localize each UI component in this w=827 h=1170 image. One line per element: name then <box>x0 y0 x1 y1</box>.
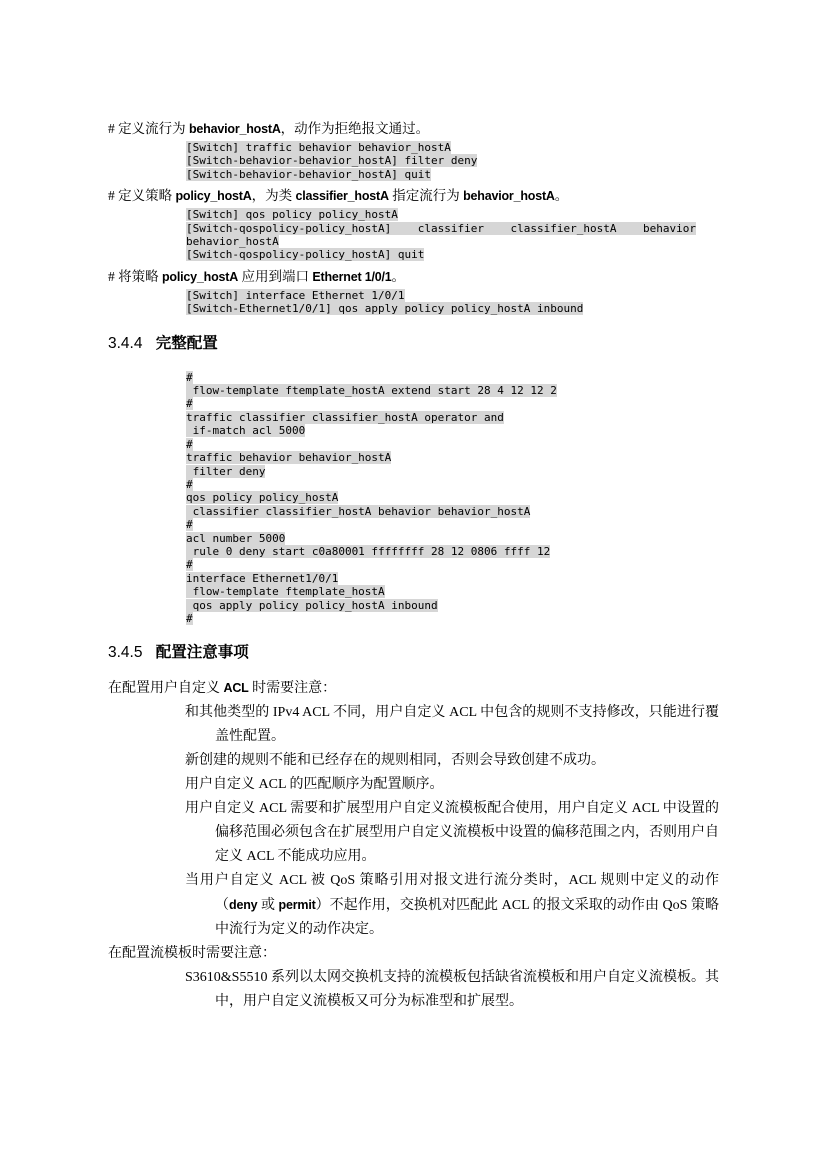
bold-term: behavior_hostA <box>189 122 281 136</box>
code-line: qos policy policy_hostA <box>186 491 719 504</box>
code-line: filter deny <box>186 465 719 478</box>
code-line-text: [Switch] interface Ethernet 1/0/1 <box>186 289 405 302</box>
bold-term: ACL <box>224 681 249 695</box>
note-item: 当用户自定义 ACL 被 QoS 策略引用对报文进行流分类时，ACL 规则中定义… <box>108 869 719 942</box>
note-item: 新创建的规则不能和已经存在的规则相同，否则会导致创建不成功。 <box>108 749 719 773</box>
code-line: qos apply policy policy_hostA inbound <box>186 599 719 612</box>
code-line-text: # <box>186 438 193 451</box>
step-paragraph-1: # 定义流行为 behavior_hostA，动作为拒绝报文通过。 <box>108 120 719 138</box>
code-line: [Switch-behavior-behavior_hostA] filter … <box>186 154 719 167</box>
text-run: 。 <box>555 188 569 203</box>
text-run: # 定义流行为 <box>108 121 189 136</box>
code-line: if-match acl 5000 <box>186 424 719 437</box>
code-line-text: # <box>186 518 193 531</box>
full-config-code-block: # flow-template ftemplate_hostA extend s… <box>186 371 719 626</box>
text-run: S3610&S5510 系列以太网交换机支持的流模板包括缺省流模板和用户自定义流… <box>185 970 719 1009</box>
code-line-text: # <box>186 558 193 571</box>
code-line: [Switch] traffic behavior behavior_hostA <box>186 141 719 154</box>
code-line-text: qos apply policy policy_hostA inbound <box>186 599 438 612</box>
note-item: 和其他类型的 IPv4 ACL 不同，用户自定义 ACL 中包含的规则不支持修改… <box>108 701 719 749</box>
text-run: ，动作为拒绝报文通过。 <box>281 121 430 136</box>
code-line-text: # <box>186 612 193 625</box>
code-line: [Switch-qospolicy-policy_hostA] quit <box>186 248 719 261</box>
text-run: 用户自定义 ACL 需要和扩展型用户自定义流模板配合使用，用户自定义 ACL 中… <box>185 801 719 864</box>
note-item: 用户自定义 ACL 的匹配顺序为配置顺序。 <box>108 773 719 797</box>
code-line: acl number 5000 <box>186 532 719 545</box>
step-code-block-3: [Switch] interface Ethernet 1/0/1[Switch… <box>186 289 719 316</box>
code-line: # <box>186 558 719 571</box>
code-line: interface Ethernet1/0/1 <box>186 572 719 585</box>
code-line-text: if-match acl 5000 <box>186 424 305 437</box>
bold-term: permit <box>279 898 316 912</box>
code-line-text: [Switch] qos policy policy_hostA <box>186 208 398 221</box>
code-line: rule 0 deny start c0a80001 ffffffff 28 1… <box>186 545 719 558</box>
text-run: 用户自定义 ACL 的匹配顺序为配置顺序。 <box>185 777 443 792</box>
code-line-text: filter deny <box>186 465 265 478</box>
section-number: 3.4.4 <box>108 335 142 352</box>
section-title: 配置注意事项 <box>156 644 249 661</box>
code-line: [Switch] qos policy policy_hostA <box>186 208 719 221</box>
text-run: 应用到端口 <box>238 269 312 284</box>
code-line: # <box>186 438 719 451</box>
section-title: 完整配置 <box>156 335 218 352</box>
code-line-text: [Switch-behavior-behavior_hostA] quit <box>186 168 431 181</box>
text-run: 时需要注意： <box>249 681 337 696</box>
step-code-block-2: [Switch] qos policy policy_hostA[Switch-… <box>186 208 719 262</box>
code-line: traffic behavior behavior_hostA <box>186 451 719 464</box>
code-line-text: [Switch-behavior-behavior_hostA] filter … <box>186 154 477 167</box>
bold-term: policy_hostA <box>176 189 252 203</box>
code-line-text: # <box>186 478 193 491</box>
section-number: 3.4.5 <box>108 644 142 661</box>
step-paragraph-2: # 定义策略 policy_hostA，为类 classifier_hostA … <box>108 187 719 205</box>
code-line-text: classifier classifier_hostA behavior beh… <box>186 505 530 518</box>
text-run: ，为类 <box>252 188 296 203</box>
code-line-text: acl number 5000 <box>186 532 285 545</box>
code-line-text: qos policy policy_hostA <box>186 491 338 504</box>
code-line: # <box>186 518 719 531</box>
step-paragraph-3: # 将策略 policy_hostA 应用到端口 Ethernet 1/0/1。 <box>108 268 719 286</box>
text-run: 新创建的规则不能和已经存在的规则相同，否则会导致创建不成功。 <box>185 753 605 768</box>
code-line-text: traffic classifier classifier_hostA oper… <box>186 411 504 424</box>
code-line: flow-template ftemplate_hostA extend sta… <box>186 384 719 397</box>
code-line-text: [Switch-Ethernet1/0/1] qos apply policy … <box>186 302 583 315</box>
code-line: # <box>186 478 719 491</box>
code-line: traffic classifier classifier_hostA oper… <box>186 411 719 424</box>
code-line: [Switch-behavior-behavior_hostA] quit <box>186 168 719 181</box>
text-run: 在配置用户自定义 <box>108 681 224 696</box>
code-line: [Switch-qospolicy-policy_hostA] classifi… <box>186 222 719 235</box>
config-notes: 在配置用户自定义 ACL 时需要注意：和其他类型的 IPv4 ACL 不同，用户… <box>108 676 719 1014</box>
code-line: flow-template ftemplate_hostA <box>186 585 719 598</box>
code-line-text: [Switch-qospolicy-policy_hostA] classifi… <box>186 222 696 235</box>
bold-term: classifier_hostA <box>295 189 388 203</box>
bold-term: behavior_hostA <box>463 189 555 203</box>
text-run: # 将策略 <box>108 269 162 284</box>
text-run: 或 <box>257 898 278 913</box>
code-line-text: # <box>186 371 193 384</box>
code-line: [Switch-Ethernet1/0/1] qos apply policy … <box>186 302 719 315</box>
code-line-text: interface Ethernet1/0/1 <box>186 572 338 585</box>
section-heading-full-config: 3.4.4 完整配置 <box>108 333 719 354</box>
code-line: # <box>186 612 719 625</box>
note-lead-paragraph: 在配置流模板时需要注意： <box>108 942 719 966</box>
note-lead-paragraph: 在配置用户自定义 ACL 时需要注意： <box>108 676 719 701</box>
code-line-text: # <box>186 397 193 410</box>
code-line: behavior_hostA <box>186 235 719 248</box>
note-item: 用户自定义 ACL 需要和扩展型用户自定义流模板配合使用，用户自定义 ACL 中… <box>108 797 719 869</box>
code-line: [Switch] interface Ethernet 1/0/1 <box>186 289 719 302</box>
note-item: S3610&S5510 系列以太网交换机支持的流模板包括缺省流模板和用户自定义流… <box>108 966 719 1014</box>
text-run: 和其他类型的 IPv4 ACL 不同，用户自定义 ACL 中包含的规则不支持修改… <box>185 705 719 744</box>
bold-term: Ethernet 1/0/1 <box>312 270 391 284</box>
text-run: # 定义策略 <box>108 188 176 203</box>
code-line-text: [Switch] traffic behavior behavior_hostA <box>186 141 451 154</box>
code-line-text: flow-template ftemplate_hostA <box>186 585 385 598</box>
code-line: classifier classifier_hostA behavior beh… <box>186 505 719 518</box>
code-line-text: rule 0 deny start c0a80001 ffffffff 28 1… <box>186 545 550 558</box>
text-run: 。 <box>392 269 406 284</box>
code-line-text: [Switch-qospolicy-policy_hostA] quit <box>186 248 424 261</box>
section-heading-notes: 3.4.5 配置注意事项 <box>108 642 719 663</box>
bold-term: deny <box>229 898 257 912</box>
bold-term: policy_hostA <box>162 270 238 284</box>
code-line-text: behavior_hostA <box>186 235 279 248</box>
code-line: # <box>186 397 719 410</box>
step-code-block-1: [Switch] traffic behavior behavior_hostA… <box>186 141 719 181</box>
text-run: 在配置流模板时需要注意： <box>108 946 276 961</box>
code-line: # <box>186 371 719 384</box>
document-page: # 定义流行为 behavior_hostA，动作为拒绝报文通过。[Switch… <box>0 0 827 1170</box>
text-run: 指定流行为 <box>389 188 463 203</box>
config-steps: # 定义流行为 behavior_hostA，动作为拒绝报文通过。[Switch… <box>108 120 719 316</box>
code-line-text: traffic behavior behavior_hostA <box>186 451 391 464</box>
code-line-text: flow-template ftemplate_hostA extend sta… <box>186 384 557 397</box>
